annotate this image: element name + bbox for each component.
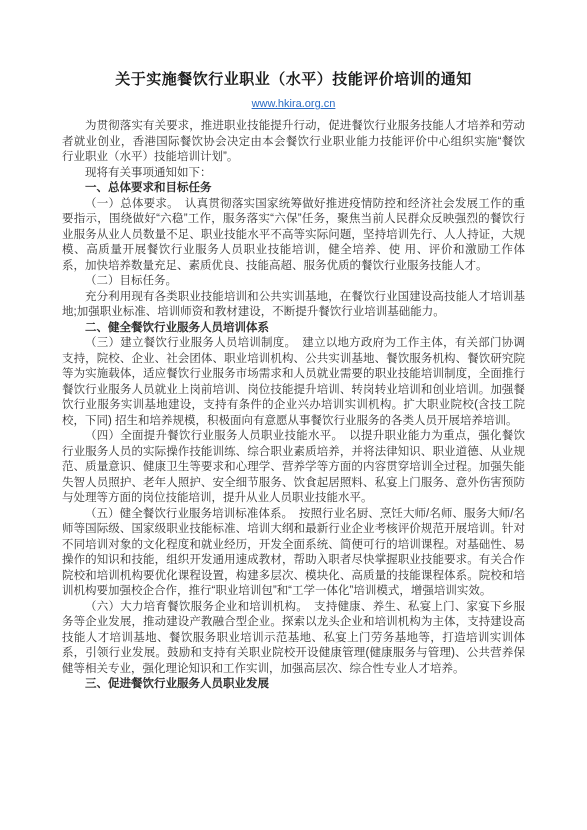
clause-1-paragraph: （一）总体要求。 认真贯彻落实国家统筹做好推进疫情防控和经济社会发展工作的重要指…	[62, 197, 525, 275]
clause-2-body: 充分利用现有各类职业技能培训和公共实训基地，在餐饮行业国建设高技能人才培训基地;…	[62, 290, 525, 321]
page-title: 关于实施餐饮行业职业（水平）技能评价培训的通知	[62, 70, 525, 90]
link-row: www.hkira.org.cn	[62, 97, 525, 112]
section-heading-1: 一、总体要求和目标任务	[62, 181, 525, 197]
clause-6-paragraph: （六）大力培育餐饮服务企业和培训机构。 支持健康、养生、私宴上门、家宴下乡服务等…	[62, 600, 525, 678]
clause-4-paragraph: （四）全面提升餐饮行业服务人员职业技能水平。 以提升职业能力为重点，强化餐饮行业…	[62, 429, 525, 507]
document-content: 关于实施餐饮行业职业（水平）技能评价培训的通知 www.hkira.org.cn…	[0, 0, 587, 693]
document-body: 为贯彻落实有关要求，推进职业技能提升行动，促进餐饮行业服务技能人才培养和劳动者就…	[62, 119, 525, 693]
document-page: 关于实施餐饮行业职业（水平）技能评价培训的通知 www.hkira.org.cn…	[0, 0, 587, 830]
section-heading-3: 三、促进餐饮行业服务人员职业发展	[62, 677, 525, 693]
intro-paragraph: 为贯彻落实有关要求，推进职业技能提升行动，促进餐饮行业服务技能人才培养和劳动者就…	[62, 119, 525, 166]
clause-2-heading: （二）目标任务。	[62, 274, 525, 290]
website-link[interactable]: www.hkira.org.cn	[252, 98, 336, 110]
clause-5-paragraph: （五）健全餐饮行业服务培训标准体系。 按照行业名厨、烹饪大师/名师、服务大师/名…	[62, 507, 525, 600]
section-heading-2: 二、健全餐饮行业服务人员培训体系	[62, 321, 525, 337]
notice-lead: 现将有关事项通知如下：	[62, 166, 525, 182]
clause-3-paragraph: （三）建立餐饮行业服务人员培训制度。 建立以地方政府为工作主体，有关部门协调支持…	[62, 336, 525, 429]
